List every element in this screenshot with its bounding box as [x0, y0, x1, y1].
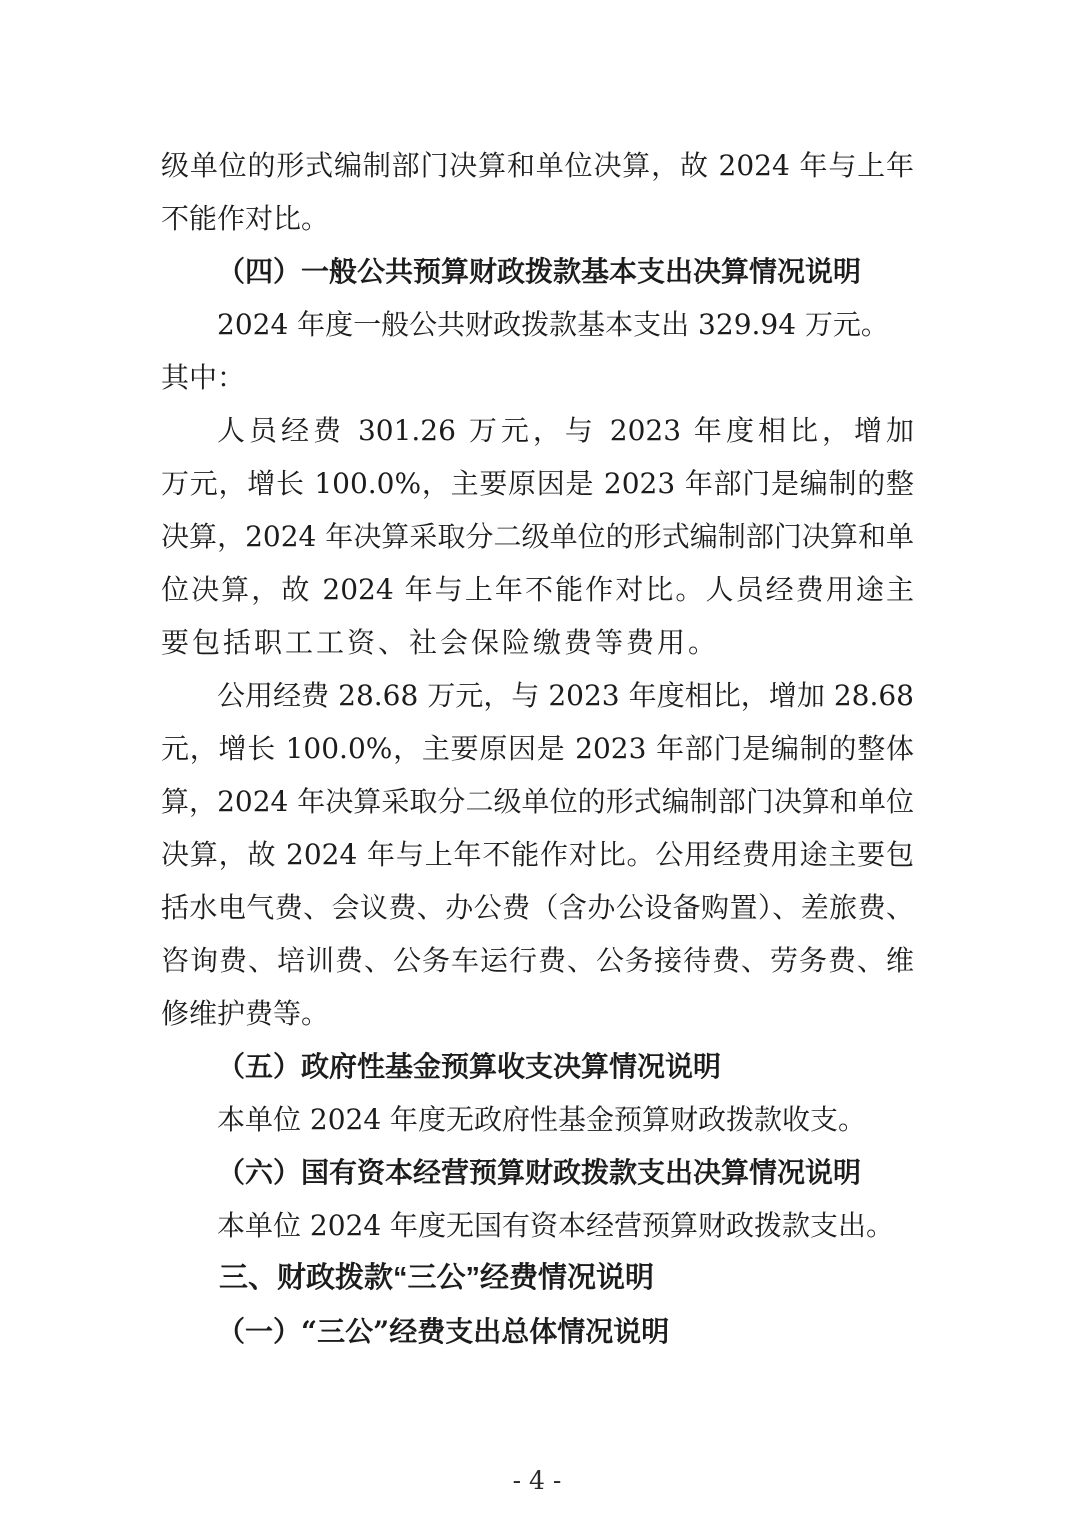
- text-line: 咨询费、培训费、公务车运行费、公务接待费、劳务费、维: [161, 934, 914, 987]
- text-line: 2024 年度一般公共财政拨款基本支出 329.94 万元。: [161, 298, 914, 351]
- heading-line: （四）一般公共预算财政拨款基本支出决算情况说明: [161, 245, 914, 298]
- document-page: 级单位的形式编制部门决算和单位决算，故 2024 年与上年不能作对比。（四）一般…: [0, 0, 1074, 1520]
- text-line: 括水电气费、会议费、办公费（含办公设备购置）、差旅费、: [161, 881, 914, 934]
- page-number: - 4 -: [0, 1466, 1074, 1496]
- text-line: 算，2024 年决算采取分二级单位的形式编制部门决算和单位: [161, 775, 914, 828]
- text-line: 修维护费等。: [161, 987, 914, 1040]
- heading-line: （五）政府性基金预算收支决算情况说明: [161, 1040, 914, 1093]
- text-line: 级单位的形式编制部门决算和单位决算，故 2024 年与上年: [161, 139, 914, 192]
- text-line: 本单位 2024 年度无政府性基金预算财政拨款收支。: [161, 1093, 914, 1146]
- document-body: 级单位的形式编制部门决算和单位决算，故 2024 年与上年不能作对比。（四）一般…: [161, 139, 914, 1358]
- text-line: 要包括职工工资、社会保险缴费等费用。: [161, 616, 914, 669]
- text-line: 本单位 2024 年度无国有资本经营预算财政拨款支出。: [161, 1199, 914, 1252]
- heading-line: 三、财政拨款“三公”经费情况说明: [161, 1252, 914, 1305]
- text-line: 决算，故 2024 年与上年不能作对比。公用经费用途主要包: [161, 828, 914, 881]
- text-line: 不能作对比。: [161, 192, 914, 245]
- text-line: 位决算，故 2024 年与上年不能作对比。人员经费用途主: [161, 563, 914, 616]
- text-line: 万元，增长 100.0%，主要原因是 2023 年部门是编制的整体: [161, 457, 914, 510]
- text-line: 决算，2024 年决算采取分二级单位的形式编制部门决算和单: [161, 510, 914, 563]
- heading-line: （六）国有资本经营预算财政拨款支出决算情况说明: [161, 1146, 914, 1199]
- text-line: 公用经费 28.68 万元，与 2023 年度相比，增加 28.68 万: [161, 669, 914, 722]
- heading-line: （一）“三公”经费支出总体情况说明: [161, 1305, 914, 1358]
- text-line: 其中：: [161, 351, 914, 404]
- text-line: 人员经费 301.26 万元，与 2023 年度相比，增加 301.25: [161, 404, 914, 457]
- text-line: 元，增长 100.0%，主要原因是 2023 年部门是编制的整体决: [161, 722, 914, 775]
